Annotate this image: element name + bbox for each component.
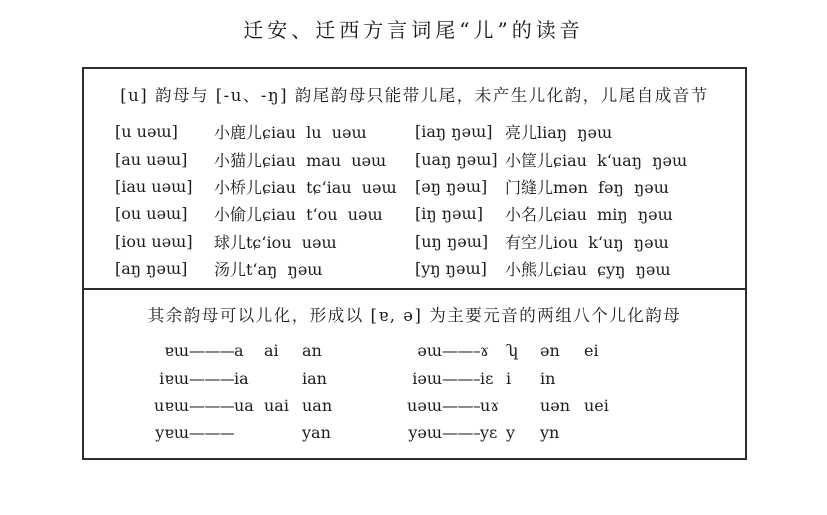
dash-line: ——— [189,396,234,415]
erhua-final-label: yɐɯ [140,423,189,442]
example-word: 门缝儿mən fəŋ ŋəɯ [505,175,739,198]
erhua-final-rows: ɐɯ ———— a ai an əɯ ———— ɤ ʮ ən ei iɐɯ ——… [140,337,739,447]
section1-header: [u] 韵母与 [-u、-ŋ] 韵尾韵母只能带儿尾，未产生儿化韵，儿尾自成音节 [84,82,745,106]
source-rhyme-cell: uɤ [480,396,506,415]
example-word: 有空儿iou kʻuŋ ŋəɯ [505,230,739,253]
erhua-row: uɐɯ ——— ua uai uan uəɯ ——— uɤ uən uei [140,392,739,419]
rhyme-label: [iau uəɯ] [115,177,214,196]
example-word: 小筐儿ɕiau kʻuaŋ ŋəɯ [505,148,739,171]
source-rhyme-cell: uən [540,396,584,415]
rhyme-row: [aŋ ŋəɯ] 汤儿tʻaŋ ŋəɯ [yŋ ŋəɯ] 小熊儿ɕiau ɕyŋ… [115,255,739,282]
example-word: 小鹿儿ɕiau lu uəɯ [214,120,415,143]
source-rhyme-cell: an [302,341,342,360]
rhyme-label: [əŋ ŋəɯ] [415,177,505,196]
source-rhyme-cell: y [506,423,540,442]
source-rhyme-cell: ən [540,341,584,360]
dash-line: ——— [442,423,480,442]
dash-line: ———— [189,369,234,388]
source-rhyme-cell: uan [302,396,342,415]
erhua-row: iɐɯ ———— ia ian iəɯ ———— iɛ i in [140,364,739,391]
source-rhyme-cell: i [506,369,540,388]
source-rhyme-cell: ua [234,396,264,415]
rhyme-label: [au uəɯ] [115,150,214,169]
rhyme-label: [uŋ ŋəɯ] [415,232,505,251]
rhyme-label: [ou uəɯ] [115,204,214,223]
rhyme-row: [iau uəɯ] 小桥儿ɕiau tɕʻiau uəɯ [əŋ ŋəɯ] 门缝… [115,173,739,200]
source-rhyme-cell: a [234,341,264,360]
section2-header: 其余韵母可以儿化，形成以 [ɐ, ə] 为主要元音的两组八个儿化韵母 [84,302,745,326]
rhyme-row: [au uəɯ] 小猫儿ɕiau mau uəɯ [uaŋ ŋəɯ] 小筐儿ɕi… [115,145,739,172]
rhyme-label: [yŋ ŋəɯ] [415,259,505,278]
example-word: 小名儿ɕiau miŋ ŋəɯ [505,202,739,225]
source-rhyme-cell: in [540,369,584,388]
example-word: 小熊儿ɕiau ɕyŋ ŋəɯ [505,257,739,280]
erhua-final-label: yəɯ [400,423,442,442]
rhyme-label: [iaŋ ŋəɯ] [415,122,505,141]
rhyme-row: [u uəɯ] 小鹿儿ɕiau lu uəɯ [iaŋ ŋəɯ] 亮儿liaŋ … [115,118,739,145]
phonology-table: [u] 韵母与 [-u、-ŋ] 韵尾韵母只能带儿尾，未产生儿化韵，儿尾自成音节 … [82,67,747,460]
source-rhyme-cell: ei [584,341,739,360]
source-rhyme-cell: yɛ [480,423,506,442]
source-rhyme-cell: iɛ [480,369,506,388]
erhua-final-label: iəɯ [400,369,442,388]
rhyme-row: [iou uəɯ] 球儿tɕʻiou uəɯ [uŋ ŋəɯ] 有空儿iou k… [115,228,739,255]
example-word: 小桥儿ɕiau tɕʻiau uəɯ [214,175,415,198]
rhyme-label: [aŋ ŋəɯ] [115,259,214,278]
source-rhyme-cell: yan [302,423,342,442]
section-divider [84,288,745,290]
erhua-final-label: uɐɯ [140,396,189,415]
rhyme-row: [ou uəɯ] 小偷儿ɕiau tʻou uəɯ [iŋ ŋəɯ] 小名儿ɕi… [115,200,739,227]
source-rhyme-cell: ai [264,341,302,360]
er-suffix-rows: [u uəɯ] 小鹿儿ɕiau lu uəɯ [iaŋ ŋəɯ] 亮儿liaŋ … [115,118,739,282]
dash-line: ——— [189,423,234,442]
rhyme-label: [uaŋ ŋəɯ] [415,150,505,169]
dash-line: ———— [442,341,480,360]
dash-line: ———— [189,341,234,360]
erhua-final-label: ɐɯ [140,341,189,360]
erhua-row: yɐɯ ——— yan yəɯ ——— yɛ y yn [140,419,739,446]
example-word: 小猫儿ɕiau mau uəɯ [214,148,415,171]
example-word: 小偷儿ɕiau tʻou uəɯ [214,202,415,225]
source-rhyme-cell: ɤ [480,341,506,360]
example-word: 球儿tɕʻiou uəɯ [214,230,415,253]
erhua-row: ɐɯ ———— a ai an əɯ ———— ɤ ʮ ən ei [140,337,739,364]
rhyme-label: [u uəɯ] [115,122,214,141]
source-rhyme-cell: uai [264,396,302,415]
source-rhyme-cell: yn [540,423,584,442]
dash-line: ——— [442,396,480,415]
erhua-final-label: uəɯ [400,396,442,415]
erhua-final-label: iɐɯ [140,369,189,388]
example-word: 亮儿liaŋ ŋəɯ [505,120,739,143]
dash-line: ———— [442,369,480,388]
document-page: 迁安、迁西方言词尾“儿”的读音 [u] 韵母与 [-u、-ŋ] 韵尾韵母只能带儿… [0,0,827,515]
example-word: 汤儿tʻaŋ ŋəɯ [214,257,415,280]
rhyme-label: [iŋ ŋəɯ] [415,204,505,223]
erhua-final-label: əɯ [400,341,442,360]
page-title: 迁安、迁西方言词尾“儿”的读音 [0,14,827,43]
source-rhyme-cell: ian [302,369,342,388]
source-rhyme-cell: uei [584,396,739,415]
source-rhyme-cell: ʮ [506,341,540,360]
source-rhyme-cell: ia [234,369,264,388]
rhyme-label: [iou uəɯ] [115,232,214,251]
